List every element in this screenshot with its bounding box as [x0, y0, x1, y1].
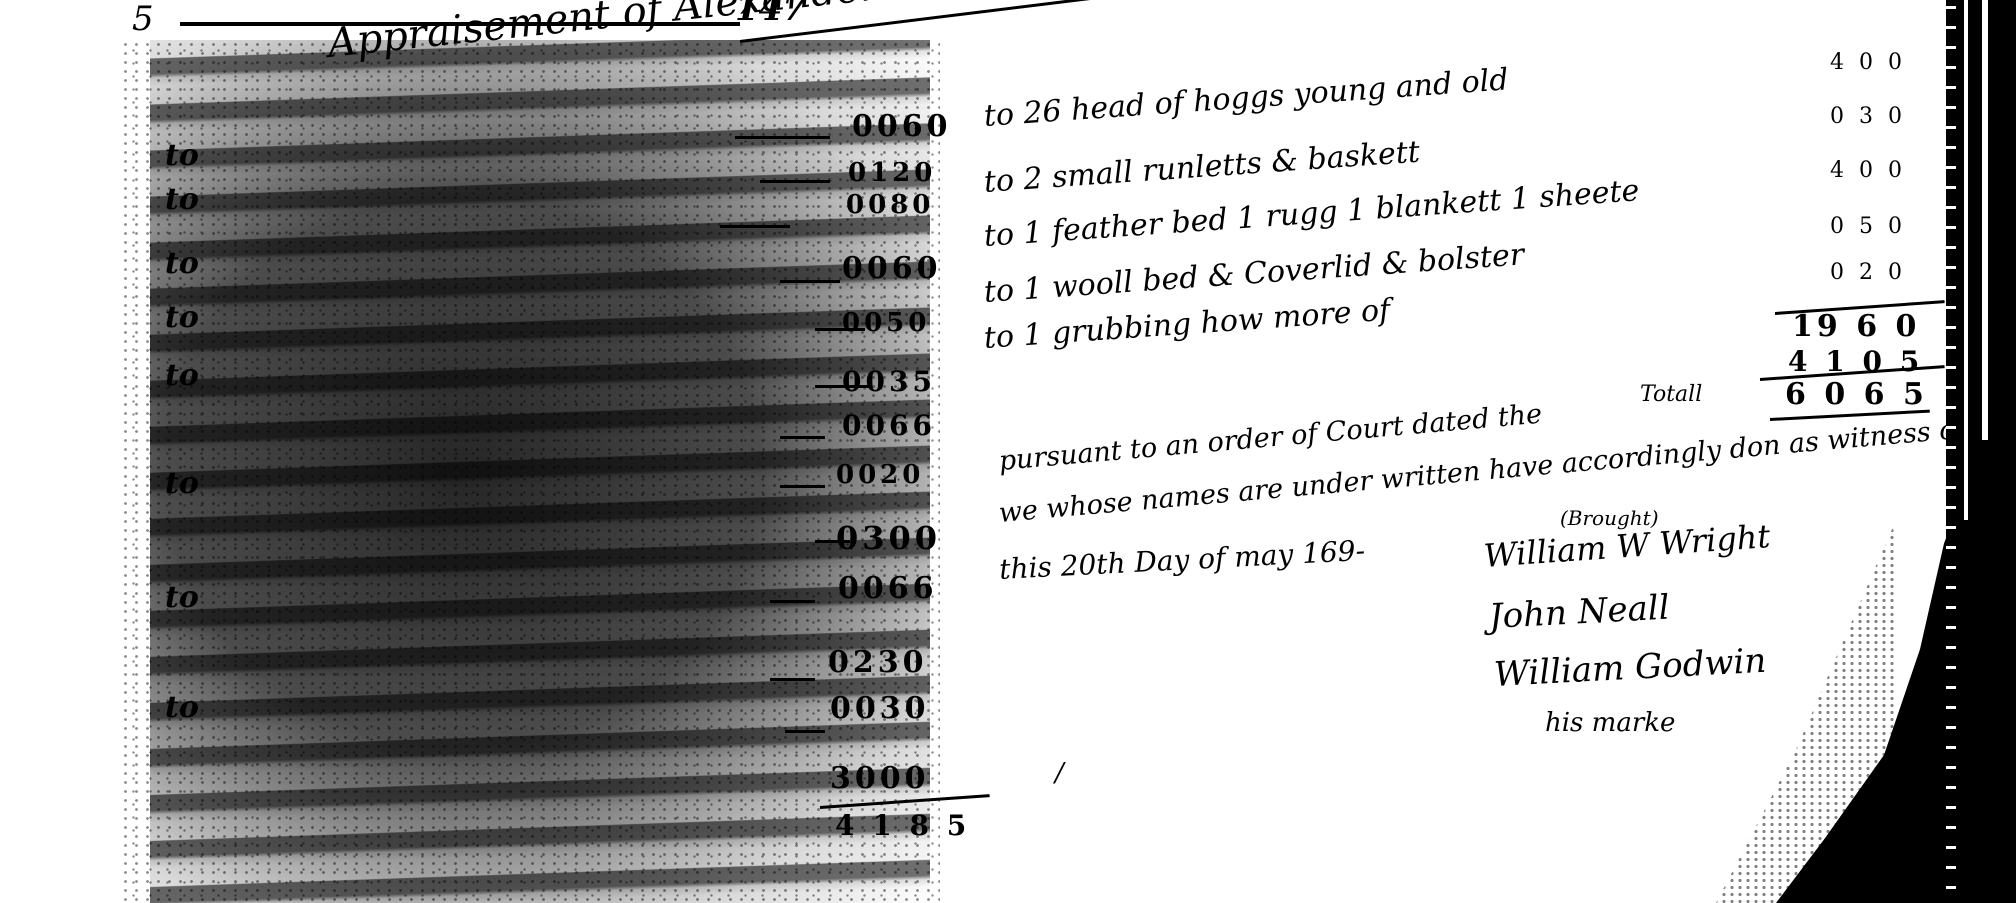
leader-line — [780, 280, 840, 283]
left-item-prefix: to — [165, 246, 199, 281]
left-value: 0230 — [828, 648, 928, 678]
right-subtotal: 19 6 0 — [1792, 312, 1920, 342]
left-value: 0066 — [842, 412, 936, 440]
page-edge — [1946, 0, 1956, 903]
signature-john-neall: John Neall — [1488, 591, 1670, 634]
signature-william-godwin: William Godwin — [1493, 644, 1767, 692]
left-item-prefix: to — [165, 138, 199, 173]
shadow-speckle — [1696, 520, 1896, 903]
leader-line — [770, 678, 815, 681]
manuscript-page: 5 147 Appraisement of Alexander Chesnutt… — [0, 0, 2016, 903]
left-value: 0300 — [836, 522, 941, 554]
signature-mark-note: his marke — [1545, 710, 1675, 736]
right-value: 4 0 0 — [1830, 52, 1906, 74]
spine-highlight — [1964, 0, 1968, 520]
leader-line — [760, 180, 830, 183]
left-value: 0120 — [848, 160, 936, 186]
leader-line — [735, 136, 830, 139]
left-value: 0066 — [838, 574, 938, 604]
right-item: to 1 wooll bed & Coverlid & bolster — [983, 240, 1525, 308]
left-item-prefix: to — [165, 466, 199, 501]
leader-line — [785, 730, 825, 733]
total-label: Totall — [1640, 384, 1702, 406]
left-value: 0020 — [836, 462, 924, 488]
right-item: to 26 head of hoggs young and old — [983, 65, 1510, 132]
left-value: 0035 — [842, 368, 936, 396]
right-value: 4 0 0 — [1830, 160, 1906, 182]
leader-line — [720, 225, 790, 228]
leader-line — [780, 436, 825, 439]
left-value: 0050 — [842, 310, 930, 336]
spine-highlight — [1982, 0, 1988, 440]
left-item-prefix: to — [165, 358, 199, 393]
left-item-prefix: to — [165, 300, 199, 335]
left-value: 0060 — [842, 254, 942, 284]
margin-mark: 5 — [132, 2, 154, 36]
left-value: 0080 — [846, 192, 934, 218]
grand-total: 6 0 6 5 — [1785, 380, 1928, 410]
left-item-prefix: to — [165, 182, 199, 217]
left-item-prefix: to — [165, 580, 199, 615]
stray-mark: / — [1055, 760, 1064, 786]
right-value: 0 3 0 — [1830, 106, 1906, 128]
attestation-date: this 20th Day of may 169- — [999, 537, 1366, 584]
signature-william-wright: William W Wright — [1483, 520, 1771, 572]
leader-line — [780, 485, 825, 488]
leader-line — [770, 600, 815, 603]
right-value: 0 2 0 — [1830, 262, 1906, 284]
ink-speckle-texture — [120, 40, 940, 903]
right-item: to 2 small runletts & baskett — [983, 138, 1421, 198]
left-value: 3000 — [830, 764, 930, 794]
left-subtotal: 4 1 8 5 — [835, 812, 970, 840]
right-value: 0 5 0 — [1830, 216, 1906, 238]
left-value: 0030 — [830, 694, 930, 724]
left-item-prefix: to — [165, 690, 199, 725]
left-value: 0060 — [852, 112, 952, 142]
